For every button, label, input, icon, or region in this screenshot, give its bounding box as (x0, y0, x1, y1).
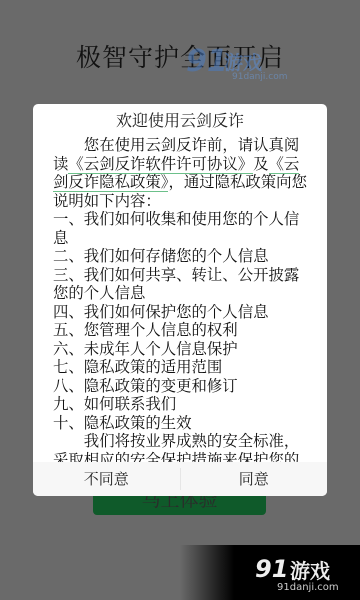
watermark-corner: 91 游戏 91danji.com (180, 545, 360, 600)
watermark-logo-icon: 91 (255, 555, 288, 583)
agree-button[interactable]: 同意 (181, 462, 328, 496)
and-text: 及 (253, 155, 268, 173)
list-item: 八、隐私政策的变更和修订 (53, 377, 307, 396)
dialog-title: 欢迎使用云剑反诈 (33, 110, 327, 132)
license-agreement-link[interactable]: 《云剑反诈软件许可协议》 (68, 155, 253, 174)
intro-paragraph: 您在使用云剑反诈前，请认真阅读《云剑反诈软件许可协议》及《云剑反诈隐私政策》，通… (53, 136, 307, 210)
watermark-url: 91danji.com (277, 582, 339, 593)
privacy-dialog: 欢迎使用云剑反诈 您在使用云剑反诈前，请认真阅读《云剑反诈软件许可协议》及《云剑… (33, 104, 327, 496)
list-item: 十、隐私政策的生效 (53, 414, 307, 433)
list-item: 九、如何联系我们 (53, 395, 307, 414)
list-item: 三、我们如何共享、转让、公开披露您的个人信息 (53, 266, 307, 303)
dialog-body: 您在使用云剑反诈前，请认真阅读《云剑反诈软件许可协议》及《云剑反诈隐私政策》，通… (53, 136, 307, 496)
page-title: 极智守护全面开启 (0, 38, 360, 74)
list-item: 二、我们如何存储您的个人信息 (53, 247, 307, 266)
list-item: 一、我们如何收集和使用您的个人信息 (53, 210, 307, 247)
list-item: 五、您管理个人信息的权利 (53, 321, 307, 340)
dialog-button-bar: 不同意 同意 (33, 462, 327, 496)
list-item: 六、未成年人个人信息保护 (53, 340, 307, 359)
watermark-brand: 游戏 (290, 555, 330, 584)
disagree-button[interactable]: 不同意 (33, 462, 180, 496)
list-item: 七、隐私政策的适用范围 (53, 358, 307, 377)
list-item: 四、我们如何保护您的个人信息 (53, 303, 307, 322)
